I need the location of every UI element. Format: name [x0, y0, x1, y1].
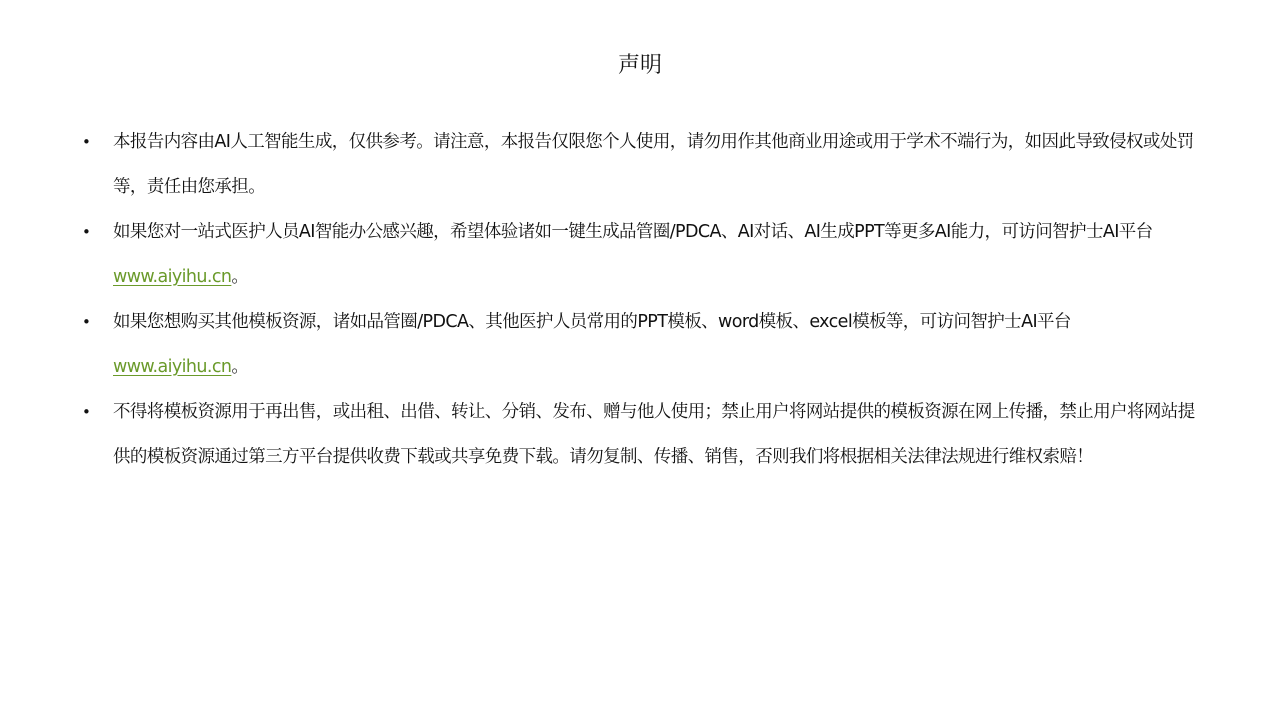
- bullet-icon: •: [82, 300, 94, 345]
- bullet-icon: •: [82, 210, 94, 255]
- list-item-usage-restrictions: • 不得将模板资源用于再出售，或出租、出借、转让、分销、发布、赠与他人使用；禁止…: [82, 390, 1202, 480]
- list-item-ai-generated: • 本报告内容由AI人工智能生成，仅供参考。请注意，本报告仅限您个人使用，请勿用…: [82, 120, 1202, 210]
- list-item-text: 本报告内容由AI人工智能生成，仅供参考。请注意，本报告仅限您个人使用，请勿用作其…: [113, 132, 1194, 197]
- disclaimer-list: • 本报告内容由AI人工智能生成，仅供参考。请注意，本报告仅限您个人使用，请勿用…: [82, 120, 1202, 480]
- list-item-ai-platform: • 如果您对一站式医护人员AI智能办公感兴趣，希望体验诸如一键生成品管圈/PDC…: [82, 210, 1202, 300]
- list-item-text: 如果您对一站式医护人员AI智能办公感兴趣，希望体验诸如一键生成品管圈/PDCA、…: [113, 222, 1153, 242]
- list-item-text: 不得将模板资源用于再出售，或出租、出借、转让、分销、发布、赠与他人使用；禁止用户…: [113, 402, 1195, 467]
- list-item-text-end: 。: [231, 357, 248, 377]
- bullet-icon: •: [82, 390, 94, 435]
- aiyihu-link[interactable]: www.aiyihu.cn: [113, 357, 231, 377]
- page-title: 声明: [0, 50, 1280, 82]
- aiyihu-link[interactable]: www.aiyihu.cn: [113, 267, 231, 287]
- list-item-text: 如果您想购买其他模板资源，诸如品管圈/PDCA、其他医护人员常用的PPT模板、w…: [113, 312, 1071, 332]
- list-item-text-end: 。: [231, 267, 248, 287]
- bullet-icon: •: [82, 120, 94, 165]
- list-item-templates: • 如果您想购买其他模板资源，诸如品管圈/PDCA、其他医护人员常用的PPT模板…: [82, 300, 1202, 390]
